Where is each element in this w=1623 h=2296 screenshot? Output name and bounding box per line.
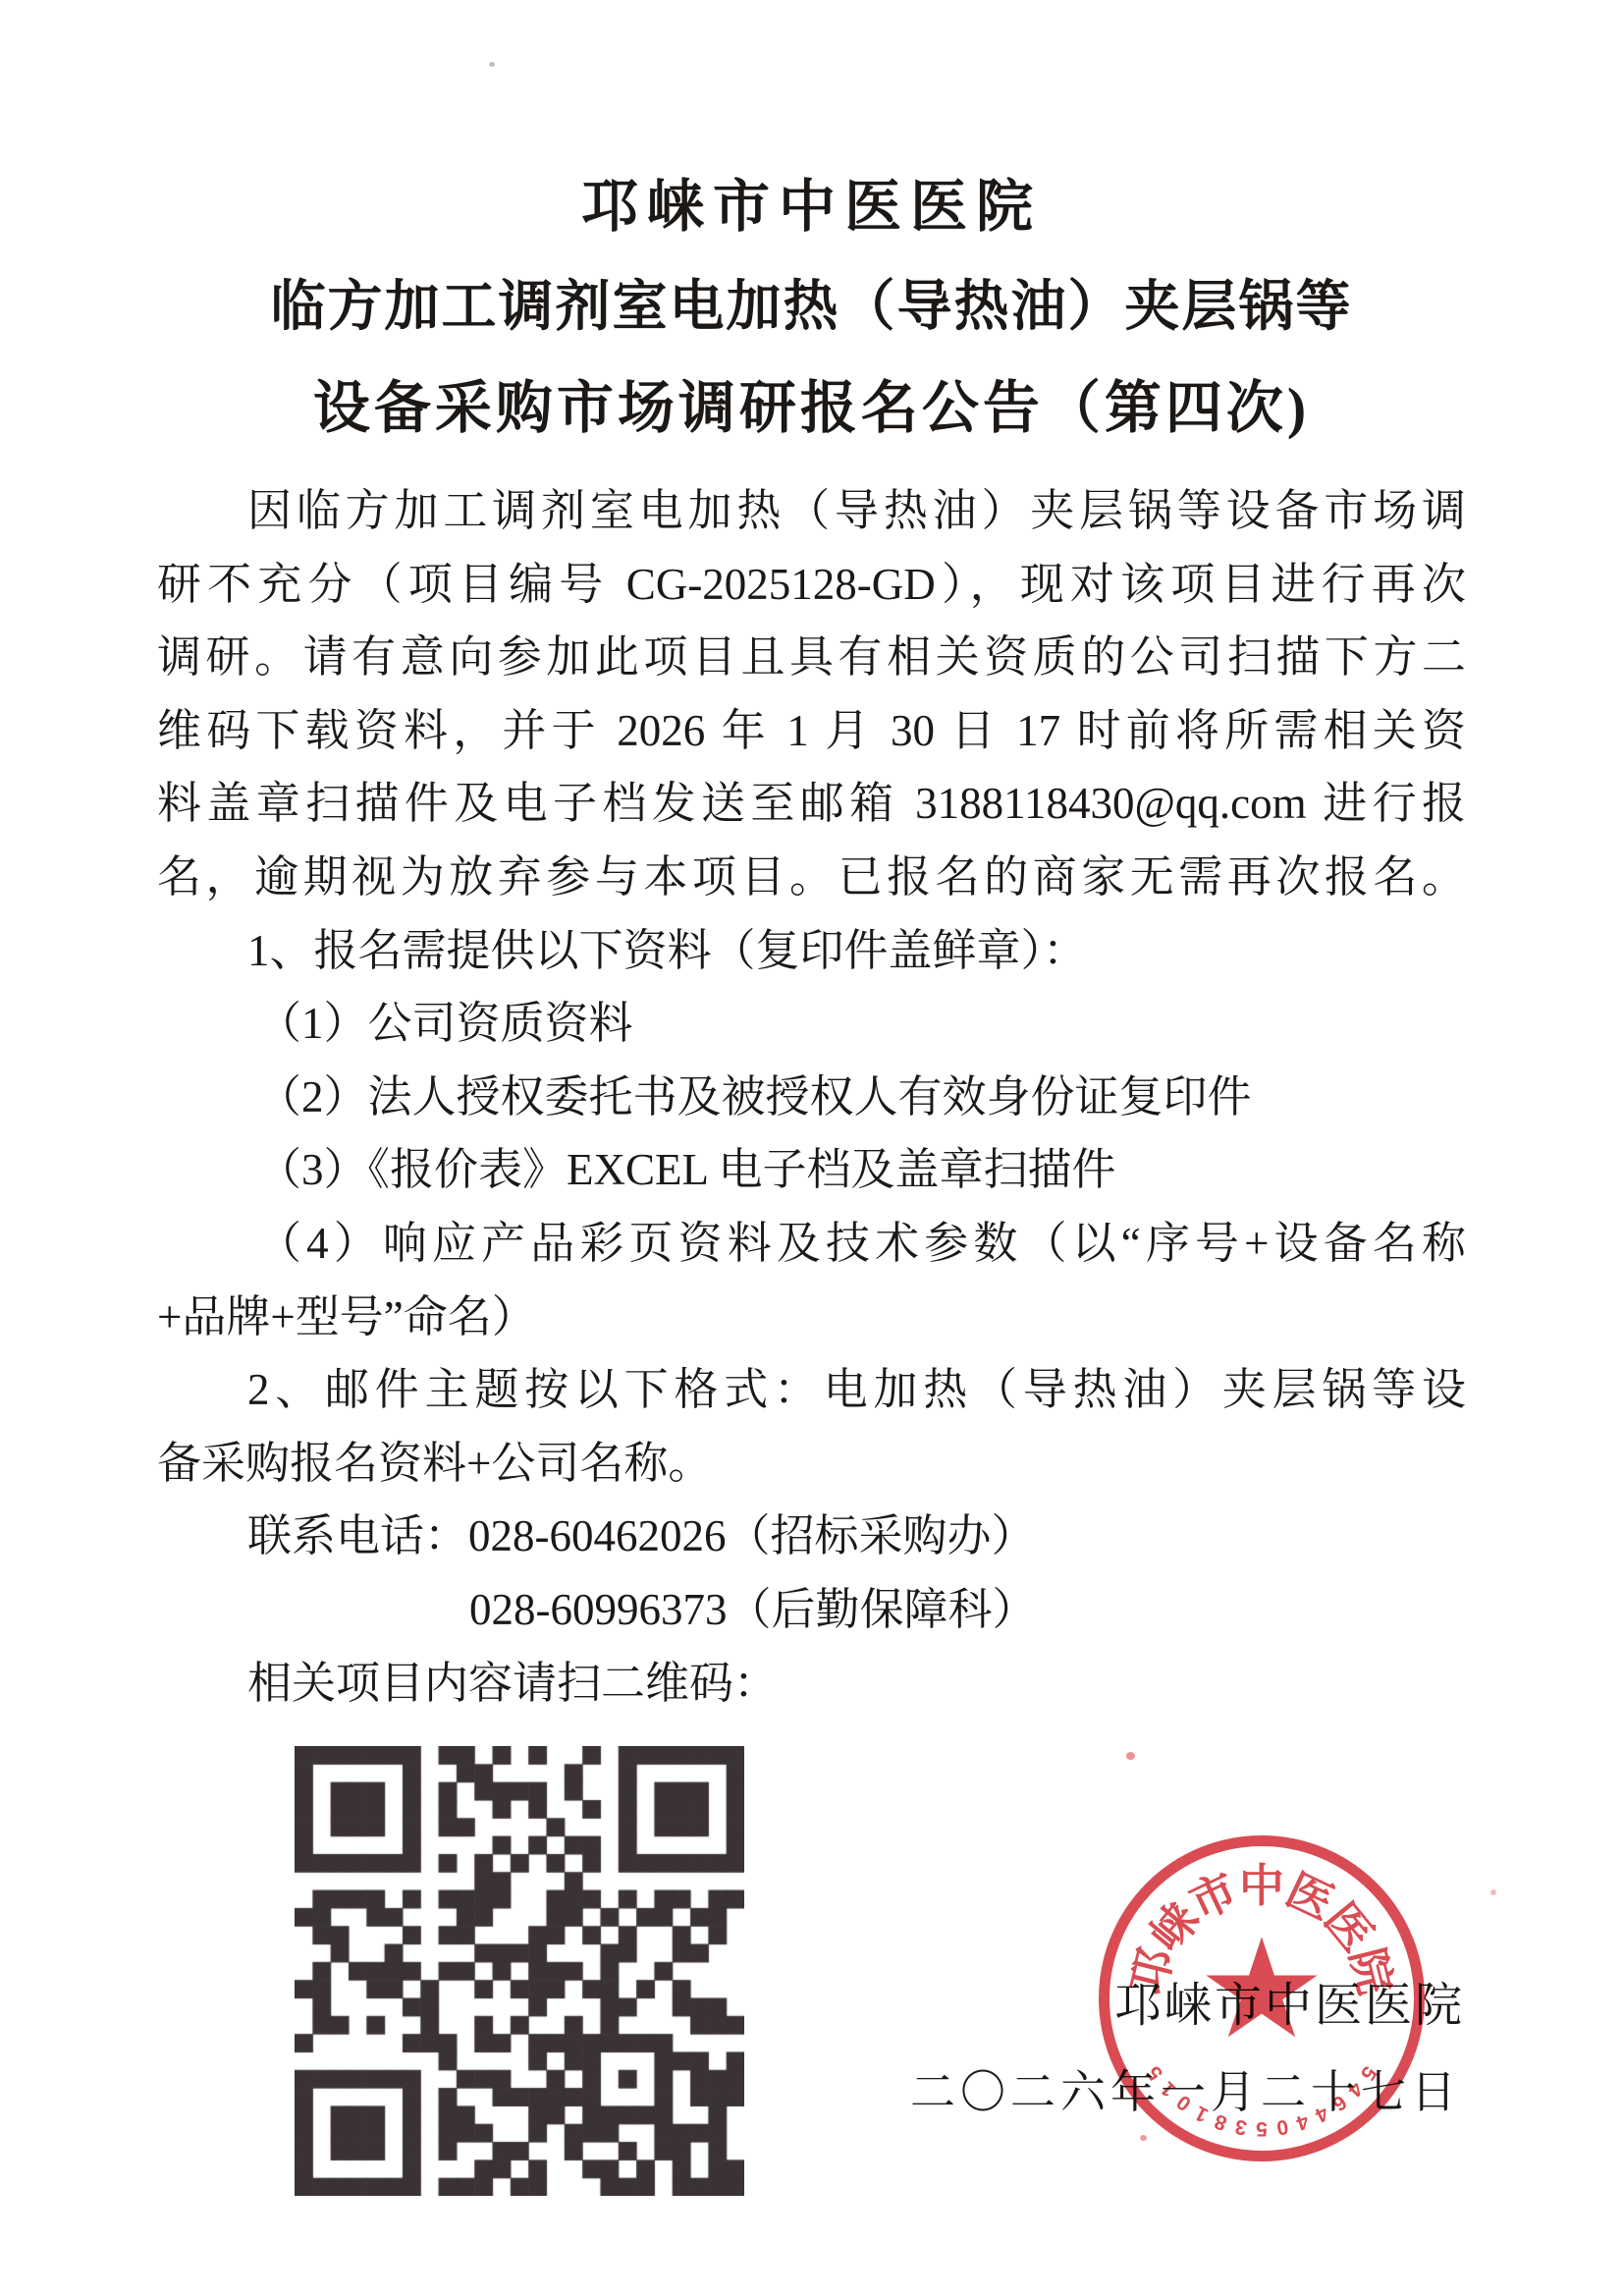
list-item-1-2: （2）法人授权委托书及被授权人有效身份证复印件 <box>157 1061 1466 1134</box>
project-qr-code <box>295 1746 744 2196</box>
seal-serial-digit: 8 <box>1212 2108 1230 2134</box>
announcement-title-line-1: 临方加工调剂室电加热（导热油）夹层锅等 <box>0 263 1623 342</box>
list-item-2-cont: 备采购报名资料+公司名称。 <box>157 1427 1466 1501</box>
seal-serial-digit: 5 <box>1256 2116 1268 2140</box>
contact-phone-2: 028-60996373（后勤保障科） <box>157 1573 1466 1647</box>
seal-serial-digit: 1 <box>1157 2076 1181 2101</box>
qr-instruction: 相关项目内容请扫二维码： <box>157 1647 1466 1721</box>
ink-speck <box>1140 2135 1147 2141</box>
contact-phone-1: 联系电话：028-60462026（招标采购办） <box>157 1500 1466 1573</box>
seal-serial-digit: 4 <box>1311 2101 1331 2127</box>
seal-serial-digit: 5 <box>1143 2061 1168 2084</box>
seal-serial-digit: 0 <box>1274 2114 1289 2140</box>
seal-serial-digit: 1 <box>1191 2101 1212 2127</box>
scan-speck <box>489 62 495 67</box>
body-line: 料盖章扫描件及电子档发送至邮箱 3188118430@qq.com 进行报 <box>157 767 1466 841</box>
list-item-1-4: （4）响应产品彩页资料及技术参数（以“序号+设备名称 <box>157 1207 1466 1281</box>
official-red-seal: 邛崃市中医医院 5101835044645 <box>1099 1835 1425 2161</box>
body-line: 维码下载资料，并于 2026 年 1 月 30 日 17 时前将所需相关资 <box>157 694 1466 768</box>
ink-speck <box>1126 1752 1135 1760</box>
list-item-2-header: 2、邮件主题按以下格式：电加热（导热油）夹层锅等设 <box>157 1353 1466 1427</box>
hospital-name-title: 邛崃市中医医院 <box>0 160 1623 243</box>
body-line: 调研。请有意向参加此项目且具有相关资质的公司扫描下方二 <box>157 621 1466 694</box>
seal-serial-digit: 0 <box>1172 2090 1196 2115</box>
seal-serial-digit: 4 <box>1293 2108 1312 2134</box>
seal-star-icon <box>1204 1937 1320 2047</box>
ink-speck <box>1490 1889 1496 1895</box>
seal-serial-digit: 4 <box>1342 2076 1367 2101</box>
seal-arc-char: 中 <box>1239 1850 1284 1915</box>
list-item-1-3: （3）《报价表》EXCEL 电子档及盖章扫描件 <box>157 1133 1466 1207</box>
seal-serial-digit: 5 <box>1355 2061 1380 2084</box>
list-item-1-header: 1、报名需提供以下资料（复印件盖鲜章）： <box>157 914 1466 988</box>
body-line: 研不充分（项目编号 CG-2025128-GD），现对该项目进行再次 <box>157 548 1466 622</box>
list-item-1-4-cont: +品牌+型号”命名） <box>157 1281 1466 1354</box>
announcement-body: 因临方加工调剂室电加热（导热油）夹层锅等设备市场调 研不充分（项目编号 CG-2… <box>157 474 1466 1720</box>
seal-serial-digit: 3 <box>1233 2114 1248 2140</box>
scanned-announcement-page: 邛崃市中医医院 临方加工调剂室电加热（导热油）夹层锅等 设备采购市场调研报名公告… <box>0 0 1623 2296</box>
announcement-title-line-2: 设备采购市场调研报名公告（第四次) <box>0 361 1623 444</box>
seal-serial-digit: 6 <box>1327 2090 1351 2115</box>
body-line: 名，逾期视为放弃参与本项目。已报名的商家无需再次报名。 <box>157 841 1466 914</box>
list-item-1-1: （1）公司资质资料 <box>157 987 1466 1061</box>
body-line: 因临方加工调剂室电加热（导热油）夹层锅等设备市场调 <box>157 474 1466 548</box>
